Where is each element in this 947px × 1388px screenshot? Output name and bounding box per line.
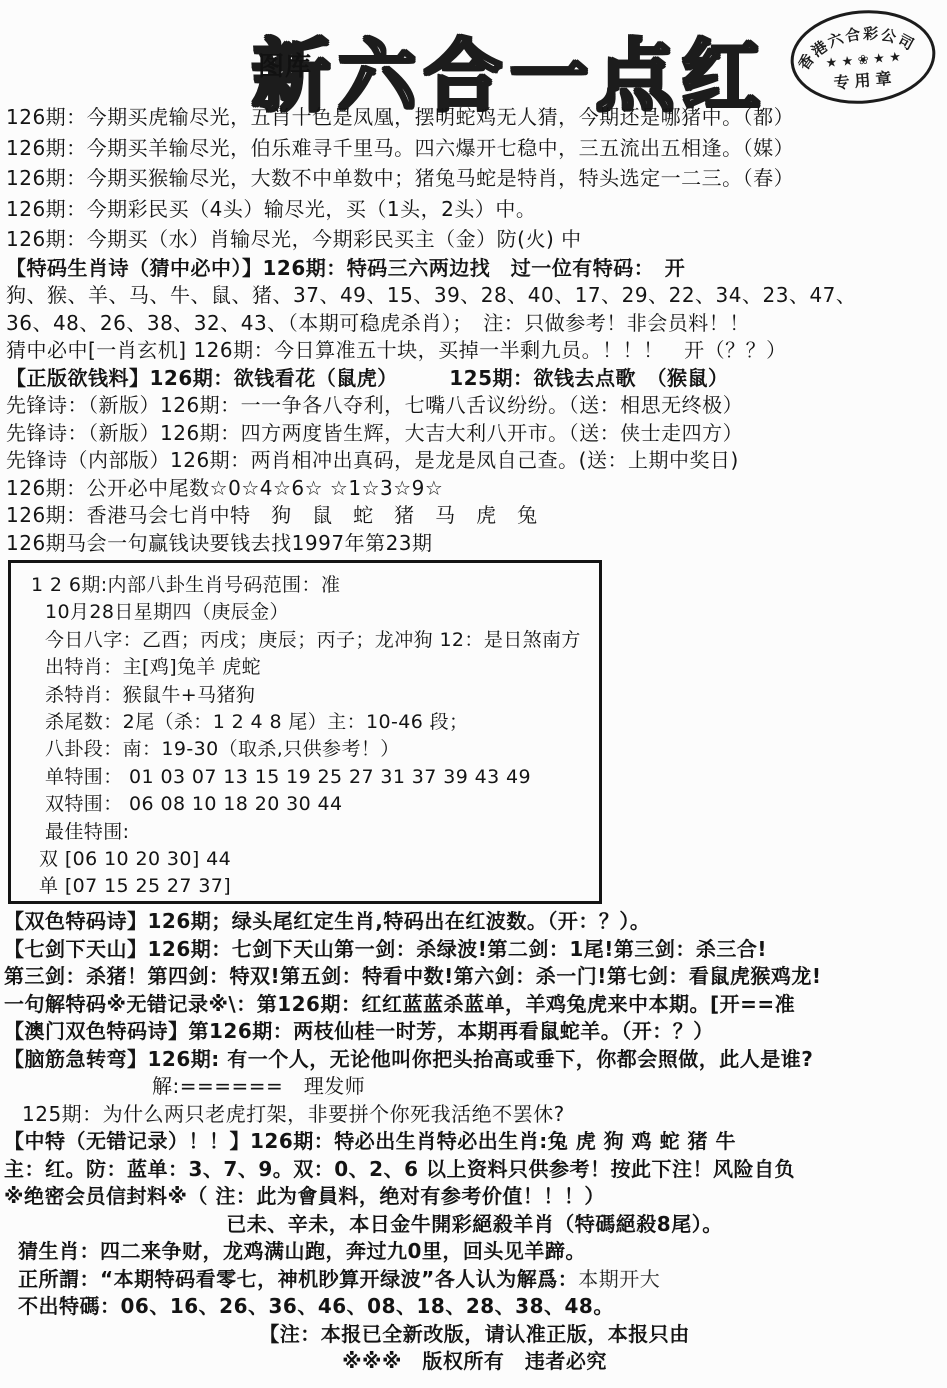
- text-line-content: 单特围： 01 03 07 13 15 19 25 27 31 37 39 43…: [45, 766, 531, 788]
- text-line: 126期：今期买（水）肖输尽光，今期彩民买主（金）防(火) 中: [6, 224, 945, 255]
- text-line-content: 今日八字：乙酉；丙戌；庚辰；丙子；龙冲狗 12：是日煞南方: [45, 629, 581, 651]
- text-line-content: 猜生肖：四二来争财，龙鸡满山跑，奔过九0里，回头见羊蹄。: [18, 1239, 586, 1263]
- text-line: 猜中必中[一肖玄机] 126期：今日算准五十块，买掉一半剩九员。！！！ 开（？？…: [6, 337, 945, 365]
- text-line-content: 【正版欲钱料】126期：欲钱看花（鼠虎） 125期：欲钱去点歌 （猴鼠）: [6, 366, 729, 390]
- text-line-content: 10月28日星期四（庚辰金）: [45, 601, 289, 623]
- text-line-content: 126期：今期彩民买（4头）输尽光，买（1头，2头）中。: [6, 197, 536, 221]
- text-line-content: 已未、辛未，本日金牛開彩絕殺羊肖（特碼絕殺8尾）。: [226, 1212, 722, 1236]
- text-line: 10月28日星期四（庚辰金）: [31, 599, 599, 626]
- text-line: 126期：今期买猴输尽光，大数不中单数中；猪兔马蛇是特肖，特头选定一二三。（春）: [6, 163, 945, 194]
- text-line: 【双色特码诗】126期；绿头尾红定生肖,特码出在红波数。（开：？）。: [4, 908, 945, 936]
- text-line-content: 126期：今期买猴输尽光，大数不中单数中；猪兔马蛇是特肖，特头选定一二三。（春）: [6, 166, 794, 190]
- text-line: 126期：香港马会七肖中特 狗 鼠 蛇 猪 马 虎 兔: [6, 502, 945, 530]
- text-line: 杀尾数：2尾（杀：1 2 4 8 尾）主：10-46 段；: [31, 709, 599, 736]
- text-line-content: 126期马会一句赢钱诀要钱去找1997年第23期: [6, 531, 433, 555]
- text-line: 出特肖：主[鸡]兔羊 虎蛇: [31, 654, 599, 681]
- text-line: 不出特碼：06、16、26、36、46、08、18、28、38、48。: [4, 1293, 945, 1321]
- text-line-content: 【澳门双色特码诗】第126期：两枝仙桂一时芳，本期再看鼠蛇羊。（开：？）: [4, 1019, 714, 1043]
- company-seal-stamp: 香港六合彩公司 ★ ★ ❀ ★ ★ 专用章: [783, 0, 943, 114]
- text-line-content: 猜中必中[一肖玄机] 126期：今日算准五十块，买掉一半剩九员。！！！ 开（？？…: [6, 338, 787, 362]
- text-line-content: 【注：本报已全新改版，请认准正版，本报只由: [259, 1322, 690, 1346]
- text-line: 126期：今期买虎输尽光，五肖十色是凤凰，摆明蛇鸡无人猜，今期还是哪猪中。（都）: [6, 102, 945, 133]
- text-line-content: ※绝密会员信封料※（ 注：此为會員料，绝对有参考价值！！！）: [4, 1184, 605, 1208]
- text-line-content: 八卦段：南：19-30（取杀,只供参考！）: [45, 738, 400, 760]
- text-line: 【正版欲钱料】126期：欲钱看花（鼠虎） 125期：欲钱去点歌 （猴鼠）: [6, 365, 945, 393]
- text-line-content: 第三剑：杀猪！第四剑：特双!第五剑：特看中数!第六剑：杀一门!第七剑：看鼠虎猴鸡…: [4, 964, 821, 988]
- text-line-content: 双 [06 10 20 30] 44: [39, 848, 231, 870]
- text-line-content: 【七剑下天山】126期：七剑下天山第一剑：杀绿波!第二剑：1尾!第三剑：杀三合!: [4, 937, 767, 961]
- text-line: 【七剑下天山】126期：七剑下天山第一剑：杀绿波!第二剑：1尾!第三剑：杀三合!: [4, 936, 945, 964]
- text-line-content: 双特围： 06 08 10 18 20 30 44: [45, 793, 343, 815]
- text-line-content: 主：红。防：蓝单：3、7、9。双：0、2、6 以上资料只供参考！按此下注！风险自…: [4, 1157, 795, 1181]
- text-line: 126期：今期买羊输尽光，伯乐难寻千里马。四六爆开七稳中，三五流出五相逢。（媒）: [6, 133, 945, 164]
- text-line-content: 126期：香港马会七肖中特 狗 鼠 蛇 猪 马 虎 兔: [6, 503, 538, 527]
- text-line-content: 【中特（无错记录）！！】126期：特必出生肖特必出生肖:兔 虎 狗 鸡 蛇 猪 …: [4, 1129, 736, 1153]
- text-line-content: 解:====== 理发师: [152, 1074, 365, 1098]
- text-line: 一句解特码※无错记录※\：第126期：红红蓝蓝杀蓝单，羊鸡兔虎来中本期。[开==…: [4, 991, 945, 1019]
- text-line-content: 【特码生肖诗（猜中必中）】126期：特码三六两边找 过一位有特码： 开: [6, 256, 685, 280]
- bagua-lines: 1 2 6期:内部八卦生肖号码范围：准10月28日星期四（庚辰金）今日八字：乙酉…: [31, 572, 599, 901]
- text-line-content: 126期：今期买羊输尽光，伯乐难寻千里马。四六爆开七稳中，三五流出五相逢。（媒）: [6, 136, 794, 160]
- top-text-block: 126期：今期买虎输尽光，五肖十色是凤凰，摆明蛇鸡无人猜，今期还是哪猪中。（都）…: [6, 102, 945, 557]
- seal-ellipse-icon: 香港六合彩公司 ★ ★ ❀ ★ ★ 专用章: [783, 0, 943, 114]
- text-line: 125期：为什么两只老虎打架，非要拼个你死我活绝不罢休?: [4, 1101, 945, 1129]
- text-line: 已未、辛未，本日金牛開彩絕殺羊肖（特碼絕殺8尾）。: [4, 1211, 945, 1239]
- text-line-content: 1 2 6期:内部八卦生肖号码范围：准: [31, 574, 340, 596]
- text-line-content: 126期：公开必中尾数☆0☆4☆6☆ ☆1☆3☆9☆: [6, 476, 443, 500]
- text-line-content: 先锋诗：（新版）126期：四方两度皆生辉，大吉大利八开市。（送：侠士走四方）: [6, 421, 743, 445]
- interpretation-answer: 本期开大: [578, 1267, 660, 1291]
- text-line: 【中特（无错记录）！！】126期：特必出生肖特必出生肖:兔 虎 狗 鸡 蛇 猪 …: [4, 1128, 945, 1156]
- watermark-label: 图库: [258, 46, 312, 83]
- text-line: 主：红。防：蓝单：3、7、9。双：0、2、6 以上资料只供参考！按此下注！风险自…: [4, 1156, 945, 1184]
- text-line: 先锋诗（内部版）126期：两肖相冲出真码，是龙是凤自己查。(送：上期中奖日): [6, 447, 945, 475]
- text-line: 今日八字：乙酉；丙戌；庚辰；丙子；龙冲狗 12：是日煞南方: [31, 627, 599, 654]
- text-line-content: 出特肖：主[鸡]兔羊 虎蛇: [45, 656, 261, 678]
- text-line-content: 36、48、26、38、32、43、（本期可稳虎杀肖）； 注：只做参考！非会员料…: [6, 311, 750, 335]
- text-line-content: ※※※ 版权所有 违者必究: [342, 1349, 607, 1373]
- text-line: 单 [07 15 25 27 37]: [31, 873, 599, 900]
- text-line-content: 【双色特码诗】126期；绿头尾红定生肖,特码出在红波数。（开：？）。: [4, 909, 650, 933]
- seal-bottom-text: 专用章: [833, 68, 897, 92]
- text-line-content: 杀特肖：猴鼠牛+马猪狗: [45, 684, 255, 706]
- text-line: 八卦段：南：19-30（取杀,只供参考！）: [31, 736, 599, 763]
- text-line: 126期：公开必中尾数☆0☆4☆6☆ ☆1☆3☆9☆: [6, 475, 945, 503]
- text-line: 解:====== 理发师: [4, 1073, 945, 1101]
- lottery-tip-sheet-page: 新六合一点红 图库 香港六合彩公司 ★ ★ ❀ ★ ★ 专用章 126期：今期买…: [0, 0, 947, 1388]
- text-line: 先锋诗：（新版）126期：四方两度皆生辉，大吉大利八开市。（送：侠士走四方）: [6, 420, 945, 448]
- text-line: 正所謂：“本期特码看零七，神机眇算开绿波”各人认为解爲：本期开大: [4, 1266, 945, 1294]
- text-line-content: 单 [07 15 25 27 37]: [39, 875, 231, 897]
- text-line-content: 狗、猴、羊、马、牛、鼠、猪、37、49、15、39、28、40、17、29、22…: [6, 283, 856, 307]
- text-line-content: 126期：今期买虎输尽光，五肖十色是凤凰，摆明蛇鸡无人猜，今期还是哪猪中。（都）: [6, 105, 794, 129]
- text-line: 【注：本报已全新改版，请认准正版，本报只由: [4, 1321, 945, 1349]
- text-line: 双 [06 10 20 30] 44: [31, 846, 599, 873]
- text-line: 双特围： 06 08 10 18 20 30 44: [31, 791, 599, 818]
- text-line-content: 杀尾数：2尾（杀：1 2 4 8 尾）主：10-46 段；: [45, 711, 468, 733]
- text-line-content: 正所謂：“本期特码看零七，神机眇算开绿波”各人认为解爲：: [18, 1267, 578, 1291]
- text-line: 杀特肖：猴鼠牛+马猪狗: [31, 682, 599, 709]
- text-line: 126期：今期彩民买（4头）输尽光，买（1头，2头）中。: [6, 194, 945, 225]
- text-line: ※※※ 版权所有 违者必究: [4, 1348, 945, 1376]
- text-line-content: 不出特碼：06、16、26、36、46、08、18、28、38、48。: [18, 1294, 614, 1318]
- text-line: 最佳特围:: [31, 819, 599, 846]
- text-line: 狗、猴、羊、马、牛、鼠、猪、37、49、15、39、28、40、17、29、22…: [6, 282, 945, 310]
- text-line: 【澳门双色特码诗】第126期：两枝仙桂一时芳，本期再看鼠蛇羊。（开：？）: [4, 1018, 945, 1046]
- text-line-content: 最佳特围:: [45, 821, 129, 843]
- text-line: 第三剑：杀猪！第四剑：特双!第五剑：特看中数!第六剑：杀一门!第七剑：看鼠虎猴鸡…: [4, 963, 945, 991]
- text-line: 1 2 6期:内部八卦生肖号码范围：准: [31, 572, 599, 599]
- bagua-info-box: 1 2 6期:内部八卦生肖号码范围：准10月28日星期四（庚辰金）今日八字：乙酉…: [8, 560, 602, 904]
- text-line: 【特码生肖诗（猜中必中）】126期：特码三六两边找 过一位有特码： 开: [6, 255, 945, 283]
- text-line: 猜生肖：四二来争财，龙鸡满山跑，奔过九0里，回头见羊蹄。: [4, 1238, 945, 1266]
- text-line-content: 【脑筋急转弯】126期: 有一个人，无论他叫你把头抬高或垂下，你都会照做，此人是…: [4, 1047, 813, 1071]
- text-line: 36、48、26、38、32、43、（本期可稳虎杀肖）； 注：只做参考！非会员料…: [6, 310, 945, 338]
- text-line: 单特围： 01 03 07 13 15 19 25 27 31 37 39 43…: [31, 764, 599, 791]
- text-line-content: 125期：为什么两只老虎打架，非要拼个你死我活绝不罢休?: [22, 1102, 565, 1126]
- text-line-content: 先锋诗（内部版）126期：两肖相冲出真码，是龙是凤自己查。(送：上期中奖日): [6, 448, 739, 472]
- text-line-content: 一句解特码※无错记录※\：第126期：红红蓝蓝杀蓝单，羊鸡兔虎来中本期。[开==…: [4, 992, 795, 1016]
- text-line: 先锋诗：（新版）126期：一一争各八夺利，七嘴八舌议纷纷。（送：相思无终极）: [6, 392, 945, 420]
- bottom-text-block: 【双色特码诗】126期；绿头尾红定生肖,特码出在红波数。（开：？）。【七剑下天山…: [4, 908, 945, 1376]
- text-line: 126期马会一句赢钱诀要钱去找1997年第23期: [6, 530, 945, 558]
- text-line: 【脑筋急转弯】126期: 有一个人，无论他叫你把头抬高或垂下，你都会照做，此人是…: [4, 1046, 945, 1074]
- text-line-content: 126期：今期买（水）肖输尽光，今期彩民买主（金）防(火) 中: [6, 227, 582, 251]
- text-line: ※绝密会员信封料※（ 注：此为會員料，绝对有参考价值！！！）: [4, 1183, 945, 1211]
- text-line-content: 先锋诗：（新版）126期：一一争各八夺利，七嘴八舌议纷纷。（送：相思无终极）: [6, 393, 743, 417]
